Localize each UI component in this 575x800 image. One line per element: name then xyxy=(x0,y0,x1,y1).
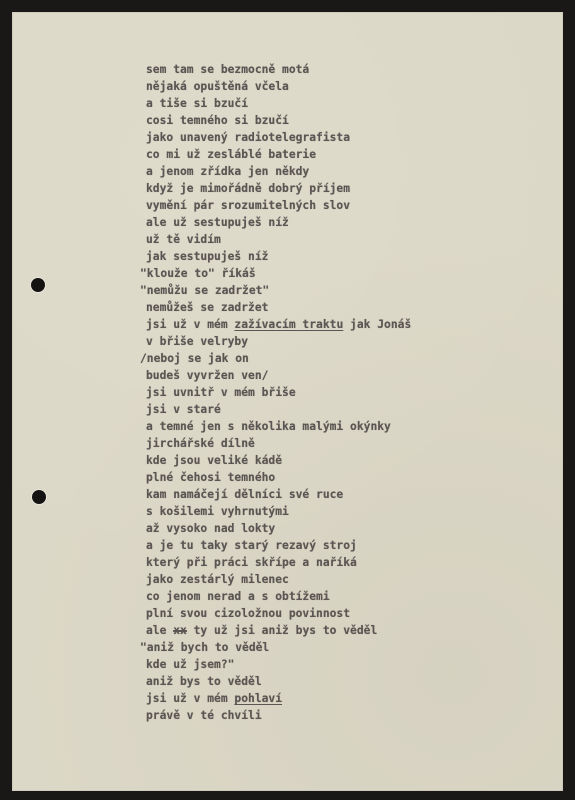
poem-line: už tě vidím xyxy=(146,231,411,248)
poem-line: a je tu taky starý rezavý stroj xyxy=(146,537,411,554)
poem-line: /neboj se jak on xyxy=(140,350,411,367)
poem-line: ale xx ty už jsi aniž bys to věděl xyxy=(146,622,411,639)
poem-line: jsi už v mém pohlaví xyxy=(146,690,411,707)
poem-line: ale už sestupuješ níž xyxy=(146,214,411,231)
poem-line: kam namáčejí dělníci své ruce xyxy=(146,486,411,503)
poem-line: jsi uvnitř v mém břiše xyxy=(146,384,411,401)
poem-line: a temné jen s několika malými okýnky xyxy=(146,418,411,435)
poem-line: právě v té chvíli xyxy=(146,707,411,724)
poem-line: jsi už v mém zažívacím traktu jak Jonáš xyxy=(146,316,411,333)
poem-line: vymění pár srozumitelných slov xyxy=(146,197,411,214)
underlined-phrase: zažívacím traktu xyxy=(234,318,343,331)
poem-line: budeš vyvržen ven/ xyxy=(146,367,411,384)
poem-line: co jenom nerad a s obtížemi xyxy=(146,588,411,605)
line-text: jsi už v mém xyxy=(146,318,234,331)
poem-line: cosi temného si bzučí xyxy=(146,112,411,129)
poem-line: plné čehosi temného xyxy=(146,469,411,486)
typewritten-page: sem tam se bezmocně motánějaká opuštěná … xyxy=(12,12,563,791)
punch-hole-top xyxy=(31,278,45,292)
poem-line: kde už jsem?" xyxy=(146,656,411,673)
poem-line: který při práci skřípe a naříká xyxy=(146,554,411,571)
poem-line: v břiše velryby xyxy=(146,333,411,350)
underlined-phrase: pohlaví xyxy=(234,692,282,705)
poem-line: nějaká opuštěná včela xyxy=(146,78,411,95)
poem-line: jirchářské dílně xyxy=(146,435,411,452)
poem-line: jako unavený radiotelegrafista xyxy=(146,129,411,146)
poem-line: nemůžeš se zadržet xyxy=(146,299,411,316)
struck-out-text: xx xyxy=(173,624,187,637)
poem-line: když je mimořádně dobrý příjem xyxy=(146,180,411,197)
poem-line: co mi už zesláblé baterie xyxy=(146,146,411,163)
poem-line: až vysoko nad lokty xyxy=(146,520,411,537)
line-text: jsi už v mém xyxy=(146,692,234,705)
line-text: ale xyxy=(146,624,173,637)
poem-line: jsi v staré xyxy=(146,401,411,418)
poem-line: a tiše si bzučí xyxy=(146,95,411,112)
poem-line: kde jsou veliké kádě xyxy=(146,452,411,469)
poem-line: "aniž bych to věděl xyxy=(140,639,411,656)
poem-line: a jenom zřídka jen někdy xyxy=(146,163,411,180)
punch-hole-bottom xyxy=(32,490,46,504)
poem-line: jako zestárlý milenec xyxy=(146,571,411,588)
poem-line: "nemůžu se zadržet" xyxy=(140,282,411,299)
line-text: ty už jsi aniž bys to věděl xyxy=(187,624,377,637)
poem-line: "klouže to" říkáš xyxy=(140,265,411,282)
poem-line: plní svou cizoložnou povinnost xyxy=(146,605,411,622)
poem-line: aniž bys to věděl xyxy=(146,673,411,690)
poem-text: sem tam se bezmocně motánějaká opuštěná … xyxy=(146,61,411,724)
line-text: jak Jonáš xyxy=(343,318,411,331)
poem-line: jak sestupuješ níž xyxy=(146,248,411,265)
poem-line: sem tam se bezmocně motá xyxy=(146,61,411,78)
poem-line: s košilemi vyhrnutými xyxy=(146,503,411,520)
